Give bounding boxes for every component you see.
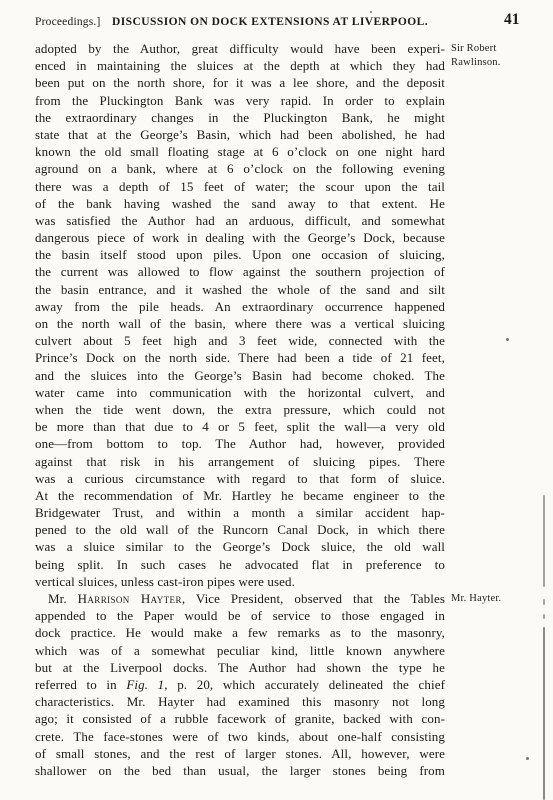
margin-note-speaker: Mr. Hayter. xyxy=(451,592,541,606)
text-line: Mr. Harrison Hayter, Vice President, obs… xyxy=(35,590,445,607)
text-segment: Mr. xyxy=(48,591,78,606)
text-line: pened to the old wall of the Runcorn Can… xyxy=(35,521,445,538)
book-page: Proceedings.] DISCUSSION ON DOCK EXTENSI… xyxy=(0,0,553,800)
text-line: dangerous piece of work in dealing with … xyxy=(35,229,445,246)
text-column: adopted by the Author, great difficulty … xyxy=(35,40,445,779)
text-line: on the north wall of the basin, where th… xyxy=(35,315,445,332)
text-segment: , p. 20, which accurately delineated the… xyxy=(164,677,445,692)
text-line: state that at the George’s Basin, which … xyxy=(35,126,445,143)
page-number: 41 xyxy=(504,11,520,29)
text-line: Prince’s Dock on the north side. There h… xyxy=(35,349,445,366)
text-line: characteristics. Mr. Hayter had examined… xyxy=(35,693,445,710)
text-line: was a curious circumstance with regard t… xyxy=(35,470,445,487)
text-line: which was of a somewhat peculiar kind, l… xyxy=(35,642,445,659)
text-line: shallower on the bed than usual, the lar… xyxy=(35,762,445,779)
running-title: DISCUSSION ON DOCK EXTENSIONS AT LIVERPO… xyxy=(112,16,428,28)
page-edge-line xyxy=(543,495,545,587)
scan-speck xyxy=(370,11,372,13)
margin-note-speaker: Sir Robert Rawlinson. xyxy=(451,42,527,69)
text-line: dock practice. He would make a few remar… xyxy=(35,624,445,641)
text-line: was a sluice similar to the George’s Doc… xyxy=(35,538,445,555)
header-signature: Proceedings.] xyxy=(35,16,101,28)
text-line: the current was allowed to flow against … xyxy=(35,263,445,280)
paragraph-rawlinson: adopted by the Author, great difficulty … xyxy=(35,40,445,590)
text-segment: Harrison Hayter xyxy=(78,591,182,606)
text-line: culvert about 5 feet high and 3 feet wid… xyxy=(35,332,445,349)
text-line: away from the pile heads. An extraordina… xyxy=(35,298,445,315)
text-line: being split. In such cases he advocated … xyxy=(35,556,445,573)
text-line: referred to in Fig. 1, p. 20, which accu… xyxy=(35,676,445,693)
text-line: enced in maintaining the sluices at the … xyxy=(35,57,445,74)
text-line: was satisfied the Author had an arduous,… xyxy=(35,212,445,229)
text-line: when the tide went down, the extra press… xyxy=(35,401,445,418)
text-line: crete. The face-stones were of two kinds… xyxy=(35,728,445,745)
text-segment: referred to in xyxy=(35,677,126,692)
paragraph-hayter: Mr. Harrison Hayter, Vice President, obs… xyxy=(35,590,445,779)
text-line: against that risk in his arrangement of … xyxy=(35,453,445,470)
text-line: but at the Liverpool docks. The Author h… xyxy=(35,659,445,676)
text-line: been put on the north shore, for it was … xyxy=(35,74,445,91)
text-line: ago; it consisted of a rubble facework o… xyxy=(35,710,445,727)
page-header: Proceedings.] DISCUSSION ON DOCK EXTENSI… xyxy=(0,13,553,33)
text-line: known the old small floating stage at 6 … xyxy=(35,143,445,160)
text-line: there was a depth of 15 feet of water; t… xyxy=(35,178,445,195)
text-line: appended to the Paper would be of servic… xyxy=(35,607,445,624)
text-line: one—from bottom to top. The Author had, … xyxy=(35,435,445,452)
text-segment: Fig. 1 xyxy=(126,677,164,692)
text-line: aground on a bank, where at 6 o’clock on… xyxy=(35,160,445,177)
text-line: the basin entrance, and it washed the wh… xyxy=(35,281,445,298)
text-line: water came into communication with the h… xyxy=(35,384,445,401)
scan-speck xyxy=(506,338,509,341)
page-edge-line xyxy=(543,627,545,800)
text-line: vertical sluices, unless cast-iron pipes… xyxy=(35,573,445,590)
text-line: the basin itself stood upon piles. Upon … xyxy=(35,246,445,263)
page-edge-line xyxy=(543,599,545,605)
text-line: from the Pluckington Bank was very rapid… xyxy=(35,92,445,109)
text-line: Bridgewater Trust, and within a month a … xyxy=(35,504,445,521)
text-line: and the sluices into the George’s Basin … xyxy=(35,367,445,384)
scan-speck xyxy=(526,757,529,760)
text-line: of small stones, and the rest of larger … xyxy=(35,745,445,762)
text-line: the extraordinary changes in the Pluckin… xyxy=(35,109,445,126)
text-line: of the bank having washed the sand away … xyxy=(35,195,445,212)
text-segment: , Vice President, observed that the Tabl… xyxy=(182,591,445,606)
page-edge-line xyxy=(543,614,545,619)
text-line: adopted by the Author, great difficulty … xyxy=(35,40,445,57)
text-line: At the recommendation of Mr. Hartley he … xyxy=(35,487,445,504)
text-line: be more than that due to 4 or 5 feet, sp… xyxy=(35,418,445,435)
